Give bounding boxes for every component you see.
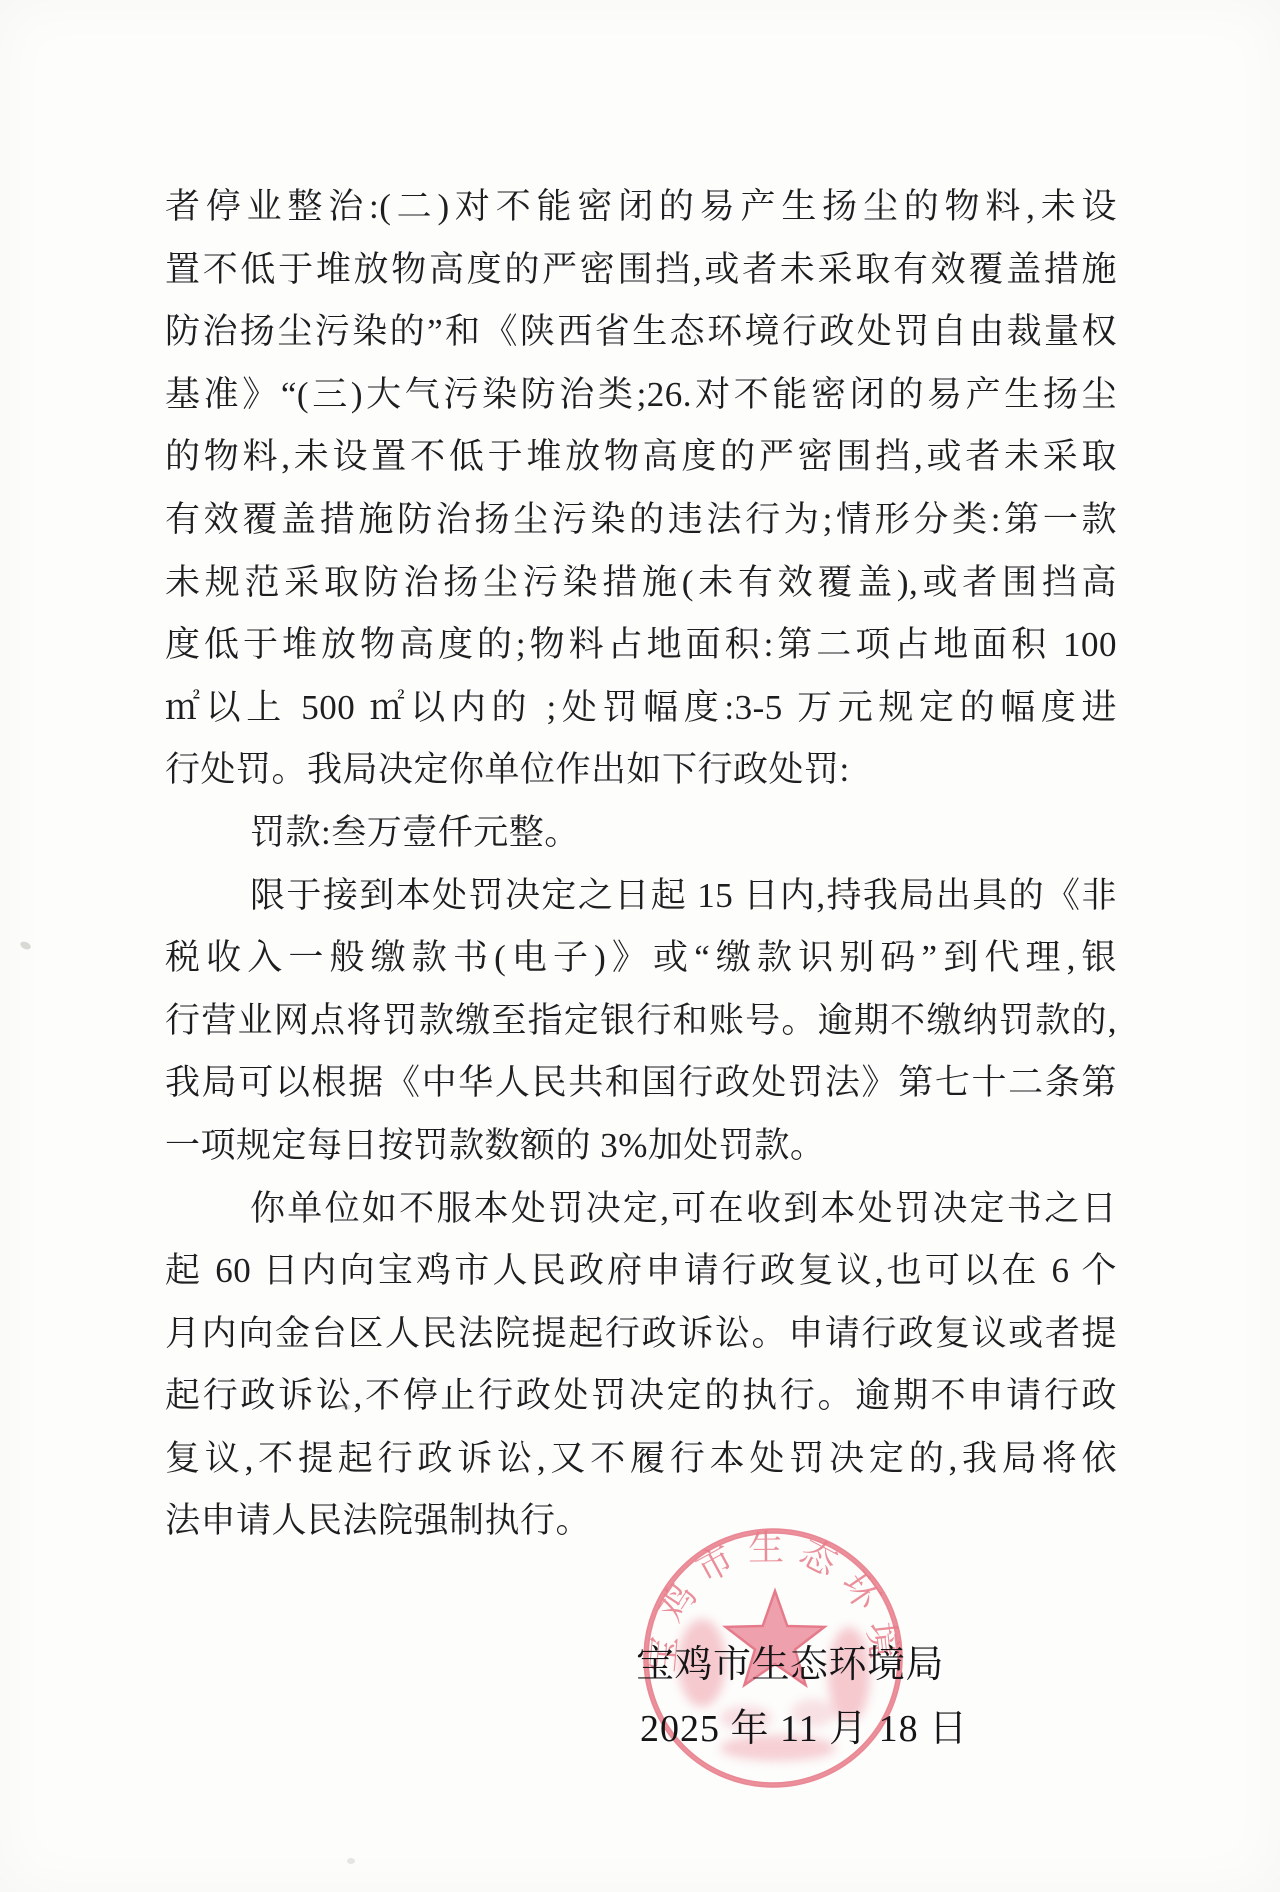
scan-artifact bbox=[19, 940, 32, 951]
body-line: 行处罚。我局决定你单位作出如下行政处罚: bbox=[165, 739, 1117, 802]
body-line: 未规范采取防治扬尘污染措施(未有效覆盖),或者围挡高 bbox=[165, 552, 1117, 615]
fine-amount-line: 罚款:叁万壹仟元整。 bbox=[165, 802, 1117, 865]
body-line: 我局可以根据《中华人民共和国行政处罚法》第七十二条第 bbox=[165, 1052, 1117, 1115]
body-line: 税收入一般缴款书(电子)》或“缴款识别码”到代理,银 bbox=[165, 927, 1117, 990]
issue-date: 2025 年 11 月 18 日 bbox=[640, 1697, 968, 1752]
body-line: 有效覆盖措施防治扬尘污染的违法行为;情形分类:第一款 bbox=[165, 489, 1117, 552]
body-line: 防治扬尘污染的”和《陕西省生态环境行政处罚自由裁量权 bbox=[165, 301, 1117, 364]
body-line: 起行政诉讼,不停止行政处罚决定的执行。逾期不申请行政 bbox=[165, 1365, 1117, 1428]
body-line: 月内向金台区人民法院提起行政诉讼。申请行政复议或者提 bbox=[165, 1303, 1117, 1366]
body-line: 限于接到本处罚决定之日起 15 日内,持我局出具的《非 bbox=[165, 865, 1117, 928]
document-body: 者停业整治:(二)对不能密闭的易产生扬尘的物料,未设 置不低于堆放物高度的严密围… bbox=[165, 176, 1117, 1553]
issuing-authority: 宝鸡市生态环境局 bbox=[636, 1633, 944, 1688]
body-line: 复议,不提起行政诉讼,又不履行本处罚决定的,我局将依 bbox=[165, 1428, 1117, 1491]
body-line: 的物料,未设置不低于堆放物高度的严密围挡,或者未采取 bbox=[165, 426, 1117, 489]
scan-artifact bbox=[347, 1858, 355, 1864]
body-line: 起 60 日内向宝鸡市人民政府申请行政复议,也可以在 6 个 bbox=[165, 1240, 1117, 1303]
body-line: 度低于堆放物高度的;物料占地面积:第二项占地面积 100 bbox=[165, 614, 1117, 677]
body-line: 你单位如不服本处罚决定,可在收到本处罚决定书之日 bbox=[165, 1178, 1117, 1241]
body-line: 置不低于堆放物高度的严密围挡,或者未采取有效覆盖措施 bbox=[165, 239, 1117, 302]
scan-artifact bbox=[342, 1404, 351, 1410]
scanned-document-page: 者停业整治:(二)对不能密闭的易产生扬尘的物料,未设 置不低于堆放物高度的严密围… bbox=[0, 0, 1280, 1892]
body-line: 基准》“(三)大气污染防治类;26.对不能密闭的易产生扬尘 bbox=[165, 364, 1117, 427]
body-line: ㎡以上 500 ㎡以内的 ;处罚幅度:3-5 万元规定的幅度进 bbox=[165, 677, 1117, 740]
body-line: 一项规定每日按罚款数额的 3%加处罚款。 bbox=[165, 1115, 1117, 1178]
body-line: 行营业网点将罚款缴至指定银行和账号。逾期不缴纳罚款的, bbox=[165, 990, 1117, 1053]
body-line: 者停业整治:(二)对不能密闭的易产生扬尘的物料,未设 bbox=[165, 176, 1117, 239]
